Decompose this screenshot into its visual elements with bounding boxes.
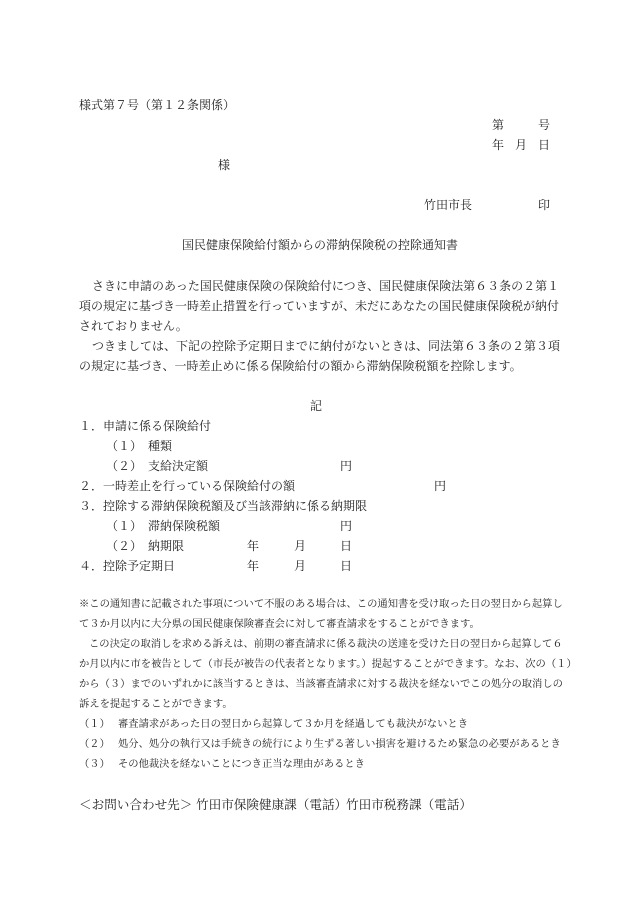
record-item3-sub2-day: 日 [340,539,352,553]
condition2-text: 処分、処分の執行又は手続きの続行により生ずる著しい損害を避けるため緊急の必要があ… [118,738,561,751]
doc-number-suffix: 号 [538,118,550,132]
condition3-number: （３） [79,758,110,771]
record-item4-day: 日 [340,559,352,573]
notice-line2: て３か月以内に大分県の国民健康保険審査会に対して審査請求をすることができます。 [79,618,480,631]
condition2-number: （２） [79,738,110,751]
condition3-text: その他裁決を経ないことにつき正当な理由があるとき [118,758,365,771]
date-year: 年 [492,138,504,152]
notice-line3: この決定の取消しを求める訴えは、前期の審査請求に係る裁決の送達を受けた日の翌日か… [89,638,563,651]
form-number: 様式第７号（第１２条関係） [79,98,235,112]
addressee-suffix: 様 [218,158,230,172]
record-item3-sub1-unit: 円 [340,519,352,533]
body-para2-line2: の規定に基づき、一時差止めに係る保険給付の額から滞納保険税額を控除します。 [79,359,522,373]
body-para1-line2: 項の規定に基づき一時差止措置を行っていますが、未だにあなたの国民健康保険税が納付 [79,299,559,313]
record-heading: 記 [310,399,322,413]
seal-mark: 印 [538,198,550,212]
record-item3-sub2: （２） 納期限 [106,539,184,553]
notice-line5: から（３）までのいずれかに該当するときは、当該審査請求に対する裁決を経ないでこの… [79,678,563,691]
record-item1-sub2-unit: 円 [340,459,352,473]
notice-line6: 訴えを提起することができます。 [79,698,233,711]
condition1-text: 審査請求があった日の翌日から起算して３か月を経過しても裁決がないとき [118,718,468,731]
document-title: 国民健康保険給付額からの滞納保険税の控除通知書 [182,238,458,252]
record-item3-sub1: （１） 滞納保険税額 [106,519,220,533]
date-day: 日 [538,138,550,152]
record-item1-sub2: （２） 支給決定額 [106,459,208,473]
contact-dept1: 竹田市保険健康課（電話） [196,797,347,813]
record-item4-year: 年 [247,559,259,573]
record-item4-month: 月 [294,559,306,573]
record-item3-sub2-year: 年 [247,539,259,553]
record-item1: １．申請に係る保険給付 [79,419,211,433]
sender-name: 竹田市長 [424,198,472,212]
record-item1-sub1: （１） 種類 [106,439,172,453]
record-item3: ３．控除する滞納保険税額及び当該滞納に係る納期限 [79,499,367,513]
notice-line4: か月以内に市を被告として（市長が被告の代表者となります。）提起することができます… [79,658,577,671]
condition1-number: （１） [79,718,110,731]
record-item3-sub2-month: 月 [294,539,306,553]
date-month: 月 [515,138,527,152]
contact-dept2: 竹田市税務課（電話） [346,797,472,813]
body-para2-line1: つきましては、下記の控除予定期日までに納付がないときは、同法第６３条の２第３項 [92,339,560,353]
record-item4: ４．控除予定期日 [79,559,175,573]
contact-label: ＜お問い合わせ先＞ [79,797,192,813]
body-para1-line3: されておりません。 [79,319,188,333]
record-item2-unit: 円 [434,479,446,493]
doc-number-prefix: 第 [492,118,504,132]
record-item2: ２．一時差止を行っている保険給付の額 [79,479,295,493]
notice-line1: ※この通知書に記載された事項について不服のある場合は、この通知書を受け取った日の… [79,598,563,611]
body-para1-line1: さきに申請のあった国民健康保険の保険給付につき、国民健康保険法第６３条の２第１ [92,279,559,293]
